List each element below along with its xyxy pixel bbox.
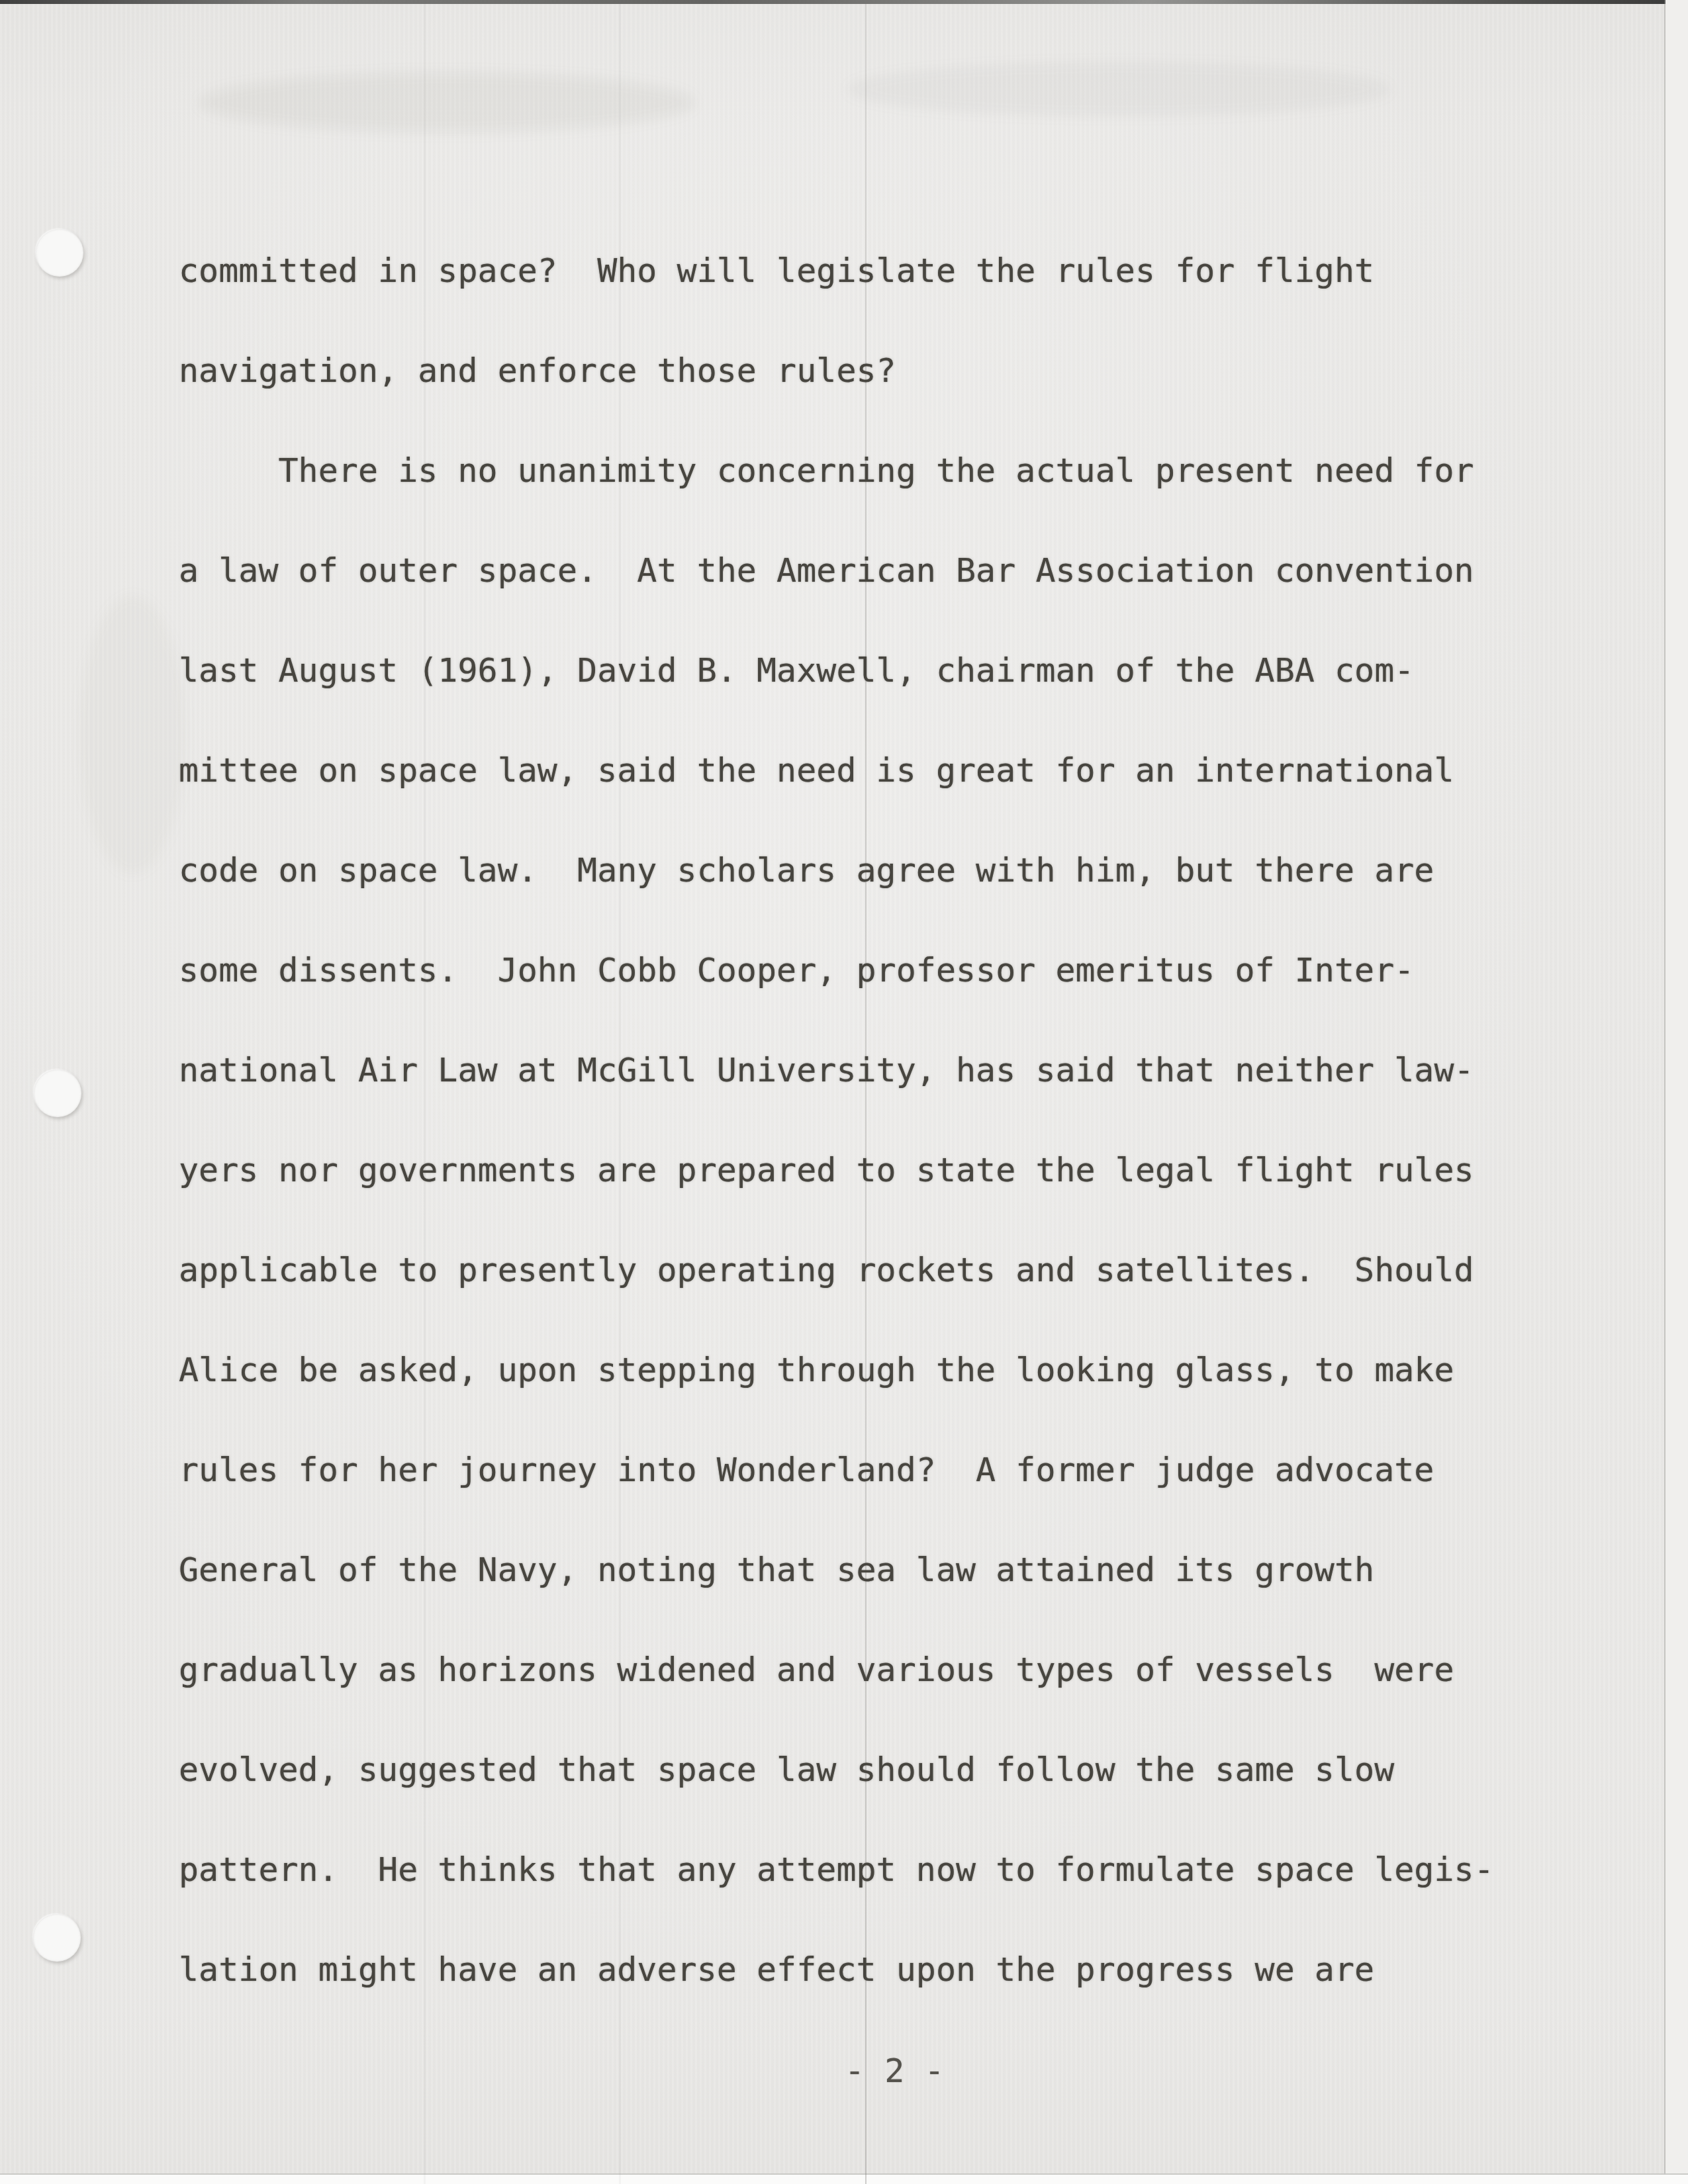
scan-smudge	[199, 73, 695, 132]
text-line: evolved, suggested that space law should…	[179, 1720, 1556, 1820]
punch-hole	[33, 1914, 81, 1962]
text-line: national Air Law at McGill University, h…	[179, 1021, 1556, 1120]
text-line: pattern. He thinks that any attempt now …	[179, 1820, 1556, 1920]
scan-edge-right-strip	[1665, 0, 1688, 2184]
text-line: There is no unanimity concerning the act…	[179, 421, 1556, 521]
scan-smudge	[79, 596, 185, 874]
text-line: applicable to presently operating rocket…	[179, 1220, 1556, 1320]
text-line: committed in space? Who will legislate t…	[179, 221, 1556, 321]
scan-edge-right-line	[1664, 0, 1665, 2184]
text-line: code on space law. Many scholars agree w…	[179, 821, 1556, 921]
text-line: rules for her journey into Wonderland? A…	[179, 1420, 1556, 1520]
text-line: navigation, and enforce those rules?	[179, 321, 1556, 421]
text-line: last August (1961), David B. Maxwell, ch…	[179, 621, 1556, 721]
punch-hole	[36, 229, 83, 277]
text-line: some dissents. John Cobb Cooper, profess…	[179, 921, 1556, 1021]
typewritten-text-block: committed in space? Who will legislate t…	[179, 221, 1556, 2020]
document-page: committed in space? Who will legislate t…	[0, 0, 1688, 2184]
text-line: General of the Navy, noting that sea law…	[179, 1520, 1556, 1620]
scan-smudge	[847, 63, 1390, 116]
scan-edge-bottom-strip	[0, 2175, 1688, 2184]
text-line: gradually as horizons widened and variou…	[179, 1620, 1556, 1720]
punch-hole	[34, 1069, 81, 1117]
text-line: mittee on space law, said the need is gr…	[179, 721, 1556, 821]
text-line: yers nor governments are prepared to sta…	[179, 1120, 1556, 1220]
text-line: a law of outer space. At the American Ba…	[179, 521, 1556, 621]
text-line: Alice be asked, upon stepping through th…	[179, 1320, 1556, 1420]
page-number: - 2 -	[845, 2052, 945, 2090]
text-line: lation might have an adverse effect upon…	[179, 1920, 1556, 2020]
scan-edge-top	[0, 0, 1688, 4]
